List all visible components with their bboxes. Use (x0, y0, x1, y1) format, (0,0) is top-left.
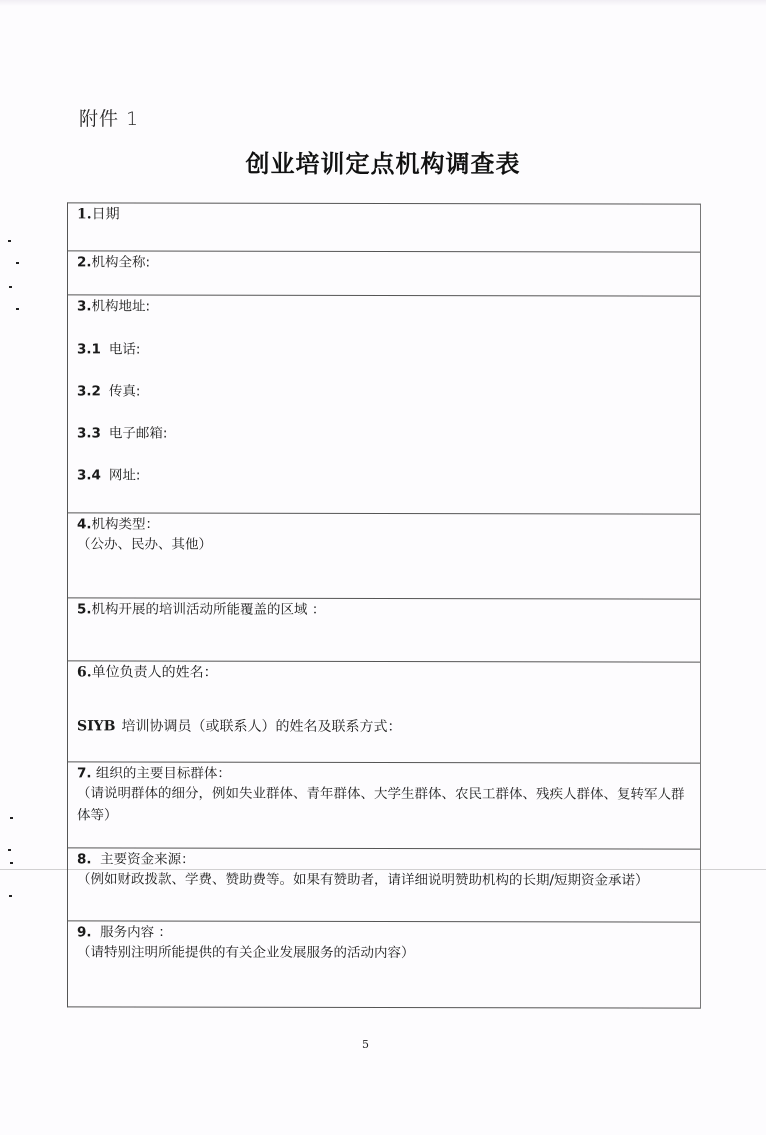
field-phone[interactable]: 3.1电话: (77, 337, 140, 357)
field-org-name-row[interactable]: 2.机构全称: (68, 251, 700, 296)
field-funding-sources-label: 8. 主要资金来源： (77, 850, 692, 869)
field-coverage-area-label: 5.机构开展的培训活动所能覆盖的区域 ： (77, 600, 692, 619)
field-funding-sources-hint: （例如财政拨款、学费、赞助费等。如果有赞助者，请详细说明赞助机构的长期/短期资金… (77, 868, 692, 891)
field-address-row[interactable]: 3.机构地址: 3.1电话: 3.2传真: 3.3电子邮箱: 3.4网址: (68, 295, 700, 514)
field-funding-sources-row[interactable]: 8. 主要资金来源： （例如财政拨款、学费、赞助费等。如果有赞助者，请详细说明赞… (68, 848, 700, 922)
margin-mark (16, 262, 19, 264)
field-org-type-hint: （公办、民办、其他） (77, 533, 692, 556)
document-title: 创业培训定点机构调查表 (0, 144, 766, 179)
field-fax[interactable]: 3.2传真: (77, 379, 140, 399)
field-date-label: 1.日期 (77, 205, 692, 224)
field-coverage-area-row[interactable]: 5.机构开展的培训活动所能覆盖的区域 ： (68, 598, 700, 662)
field-target-groups-label: 7. 组织的主要目标群体： (77, 764, 692, 783)
field-org-type-label: 4.机构类型： (77, 515, 692, 534)
field-target-groups-row[interactable]: 7. 组织的主要目标群体： （请说明群体的细分，例如失业群体、青年群体、大学生群… (68, 762, 700, 849)
field-date-row[interactable]: 1.日期 (68, 203, 700, 252)
field-target-groups-hint: （请说明群体的细分，例如失业群体、青年群体、大学生群体、农民工群体、残疾人群体、… (77, 782, 692, 827)
scan-artifact-band (0, 0, 766, 6)
margin-mark (9, 286, 12, 288)
margin-mark (10, 817, 13, 819)
field-services-row[interactable]: 9. 服务内容 ： （请特别注明所能提供的有关企业发展服务的活动内容） (68, 921, 700, 1007)
margin-mark (8, 849, 11, 851)
margin-mark (10, 862, 13, 864)
field-org-name-label: 2.机构全称: (77, 253, 692, 272)
attachment-label: 附件 1 (79, 104, 139, 131)
field-siyb-coordinator-label: SIYB培训协调员（或联系人）的姓名及联系方式： (77, 715, 402, 736)
field-head-name-label: 6.单位负责人的姓名： (77, 663, 692, 682)
page-number: 5 (362, 1038, 369, 1051)
field-address-label: 3.机构地址: (77, 297, 692, 316)
field-website[interactable]: 3.4网址: (77, 463, 140, 483)
field-contact-row[interactable]: 6.单位负责人的姓名： SIYB培训协调员（或联系人）的姓名及联系方式： (68, 661, 700, 763)
survey-form-table: 1.日期 2.机构全称: 3.机构地址: 3.1电话: 3.2传真: 3.3电子… (67, 202, 701, 1008)
field-email[interactable]: 3.3电子邮箱: (77, 421, 167, 441)
margin-mark (8, 240, 11, 242)
field-services-hint: （请特别注明所能提供的有关企业发展服务的活动内容） (77, 941, 692, 964)
margin-mark (9, 895, 12, 897)
field-org-type-row[interactable]: 4.机构类型： （公办、民办、其他） (68, 513, 700, 599)
field-services-label: 9. 服务内容 ： (77, 923, 692, 942)
margin-mark (16, 308, 19, 310)
